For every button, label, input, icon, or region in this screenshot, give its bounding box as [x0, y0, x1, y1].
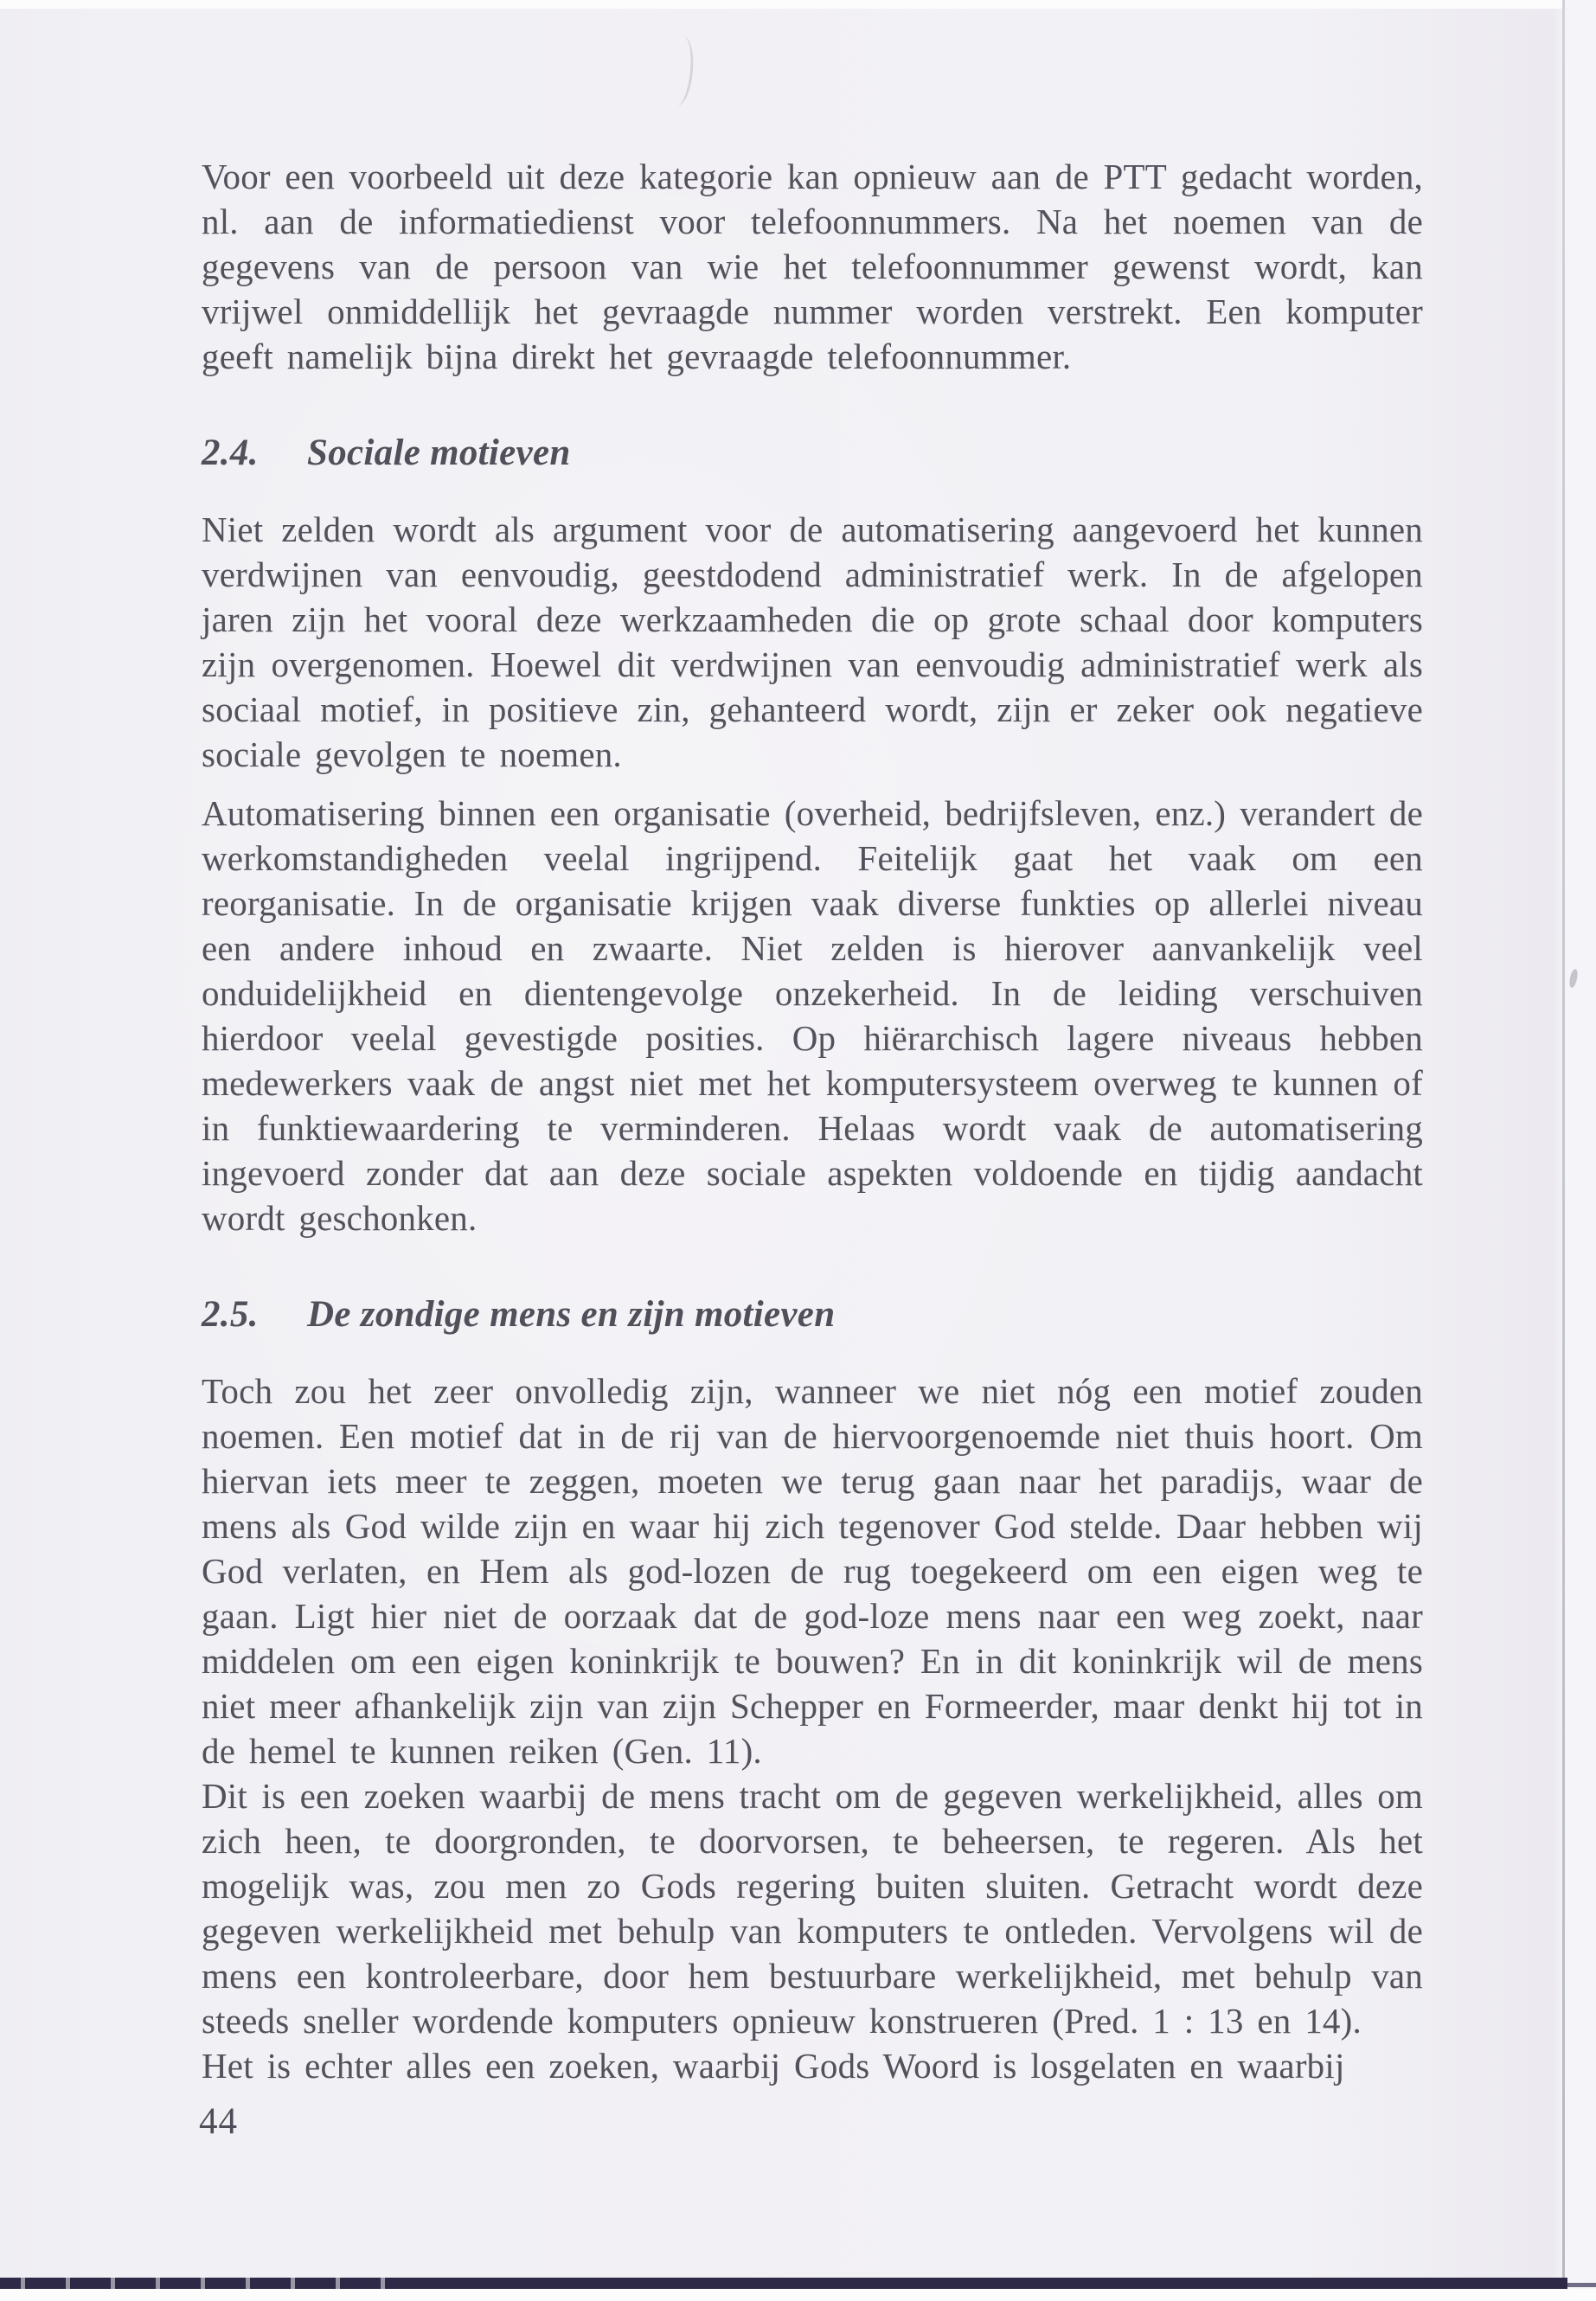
bottom-edge-tail — [1567, 2283, 1596, 2287]
text-column: Voor een voorbeeld uit deze kategorie ka… — [202, 154, 1423, 2088]
section-title: Sociale motieven — [307, 433, 571, 473]
right-page-edge-margin — [1565, 0, 1596, 2280]
section-title: De zondige mens en zijn motieven — [307, 1294, 835, 1335]
section-heading-2-5: 2.5.De zondige mens en zijn motieven — [202, 1292, 1423, 1337]
scan-bottom-margin — [0, 2289, 1596, 2301]
scan-smudge-mark — [663, 35, 698, 106]
section-2-5-paragraph-3: Het is echter alles een zoeken, waarbij … — [202, 2043, 1423, 2088]
scanned-book-page: Voor een voorbeeld uit deze kategorie ka… — [0, 0, 1596, 2301]
section-number: 2.5. — [202, 1292, 307, 1337]
page-number: 44 — [199, 2100, 238, 2143]
section-heading-2-4: 2.4.Sociale motieven — [202, 431, 1423, 476]
scan-top-margin — [0, 0, 1596, 9]
section-2-4-paragraph-1: Niet zelden wordt als argument voor de a… — [202, 507, 1423, 777]
section-2-5-paragraph-1: Toch zou het zeer onvolledig zijn, wanne… — [202, 1368, 1423, 1773]
section-2-4-paragraph-2: Automatisering binnen een organisatie (o… — [202, 791, 1423, 1240]
section-2-5-paragraph-2: Dit is een zoeken waarbij de mens tracht… — [202, 1773, 1423, 2043]
section-number: 2.4. — [202, 431, 307, 476]
intro-paragraph: Voor een voorbeeld uit deze kategorie ka… — [202, 154, 1423, 379]
bottom-edge-dashes — [0, 2278, 407, 2289]
